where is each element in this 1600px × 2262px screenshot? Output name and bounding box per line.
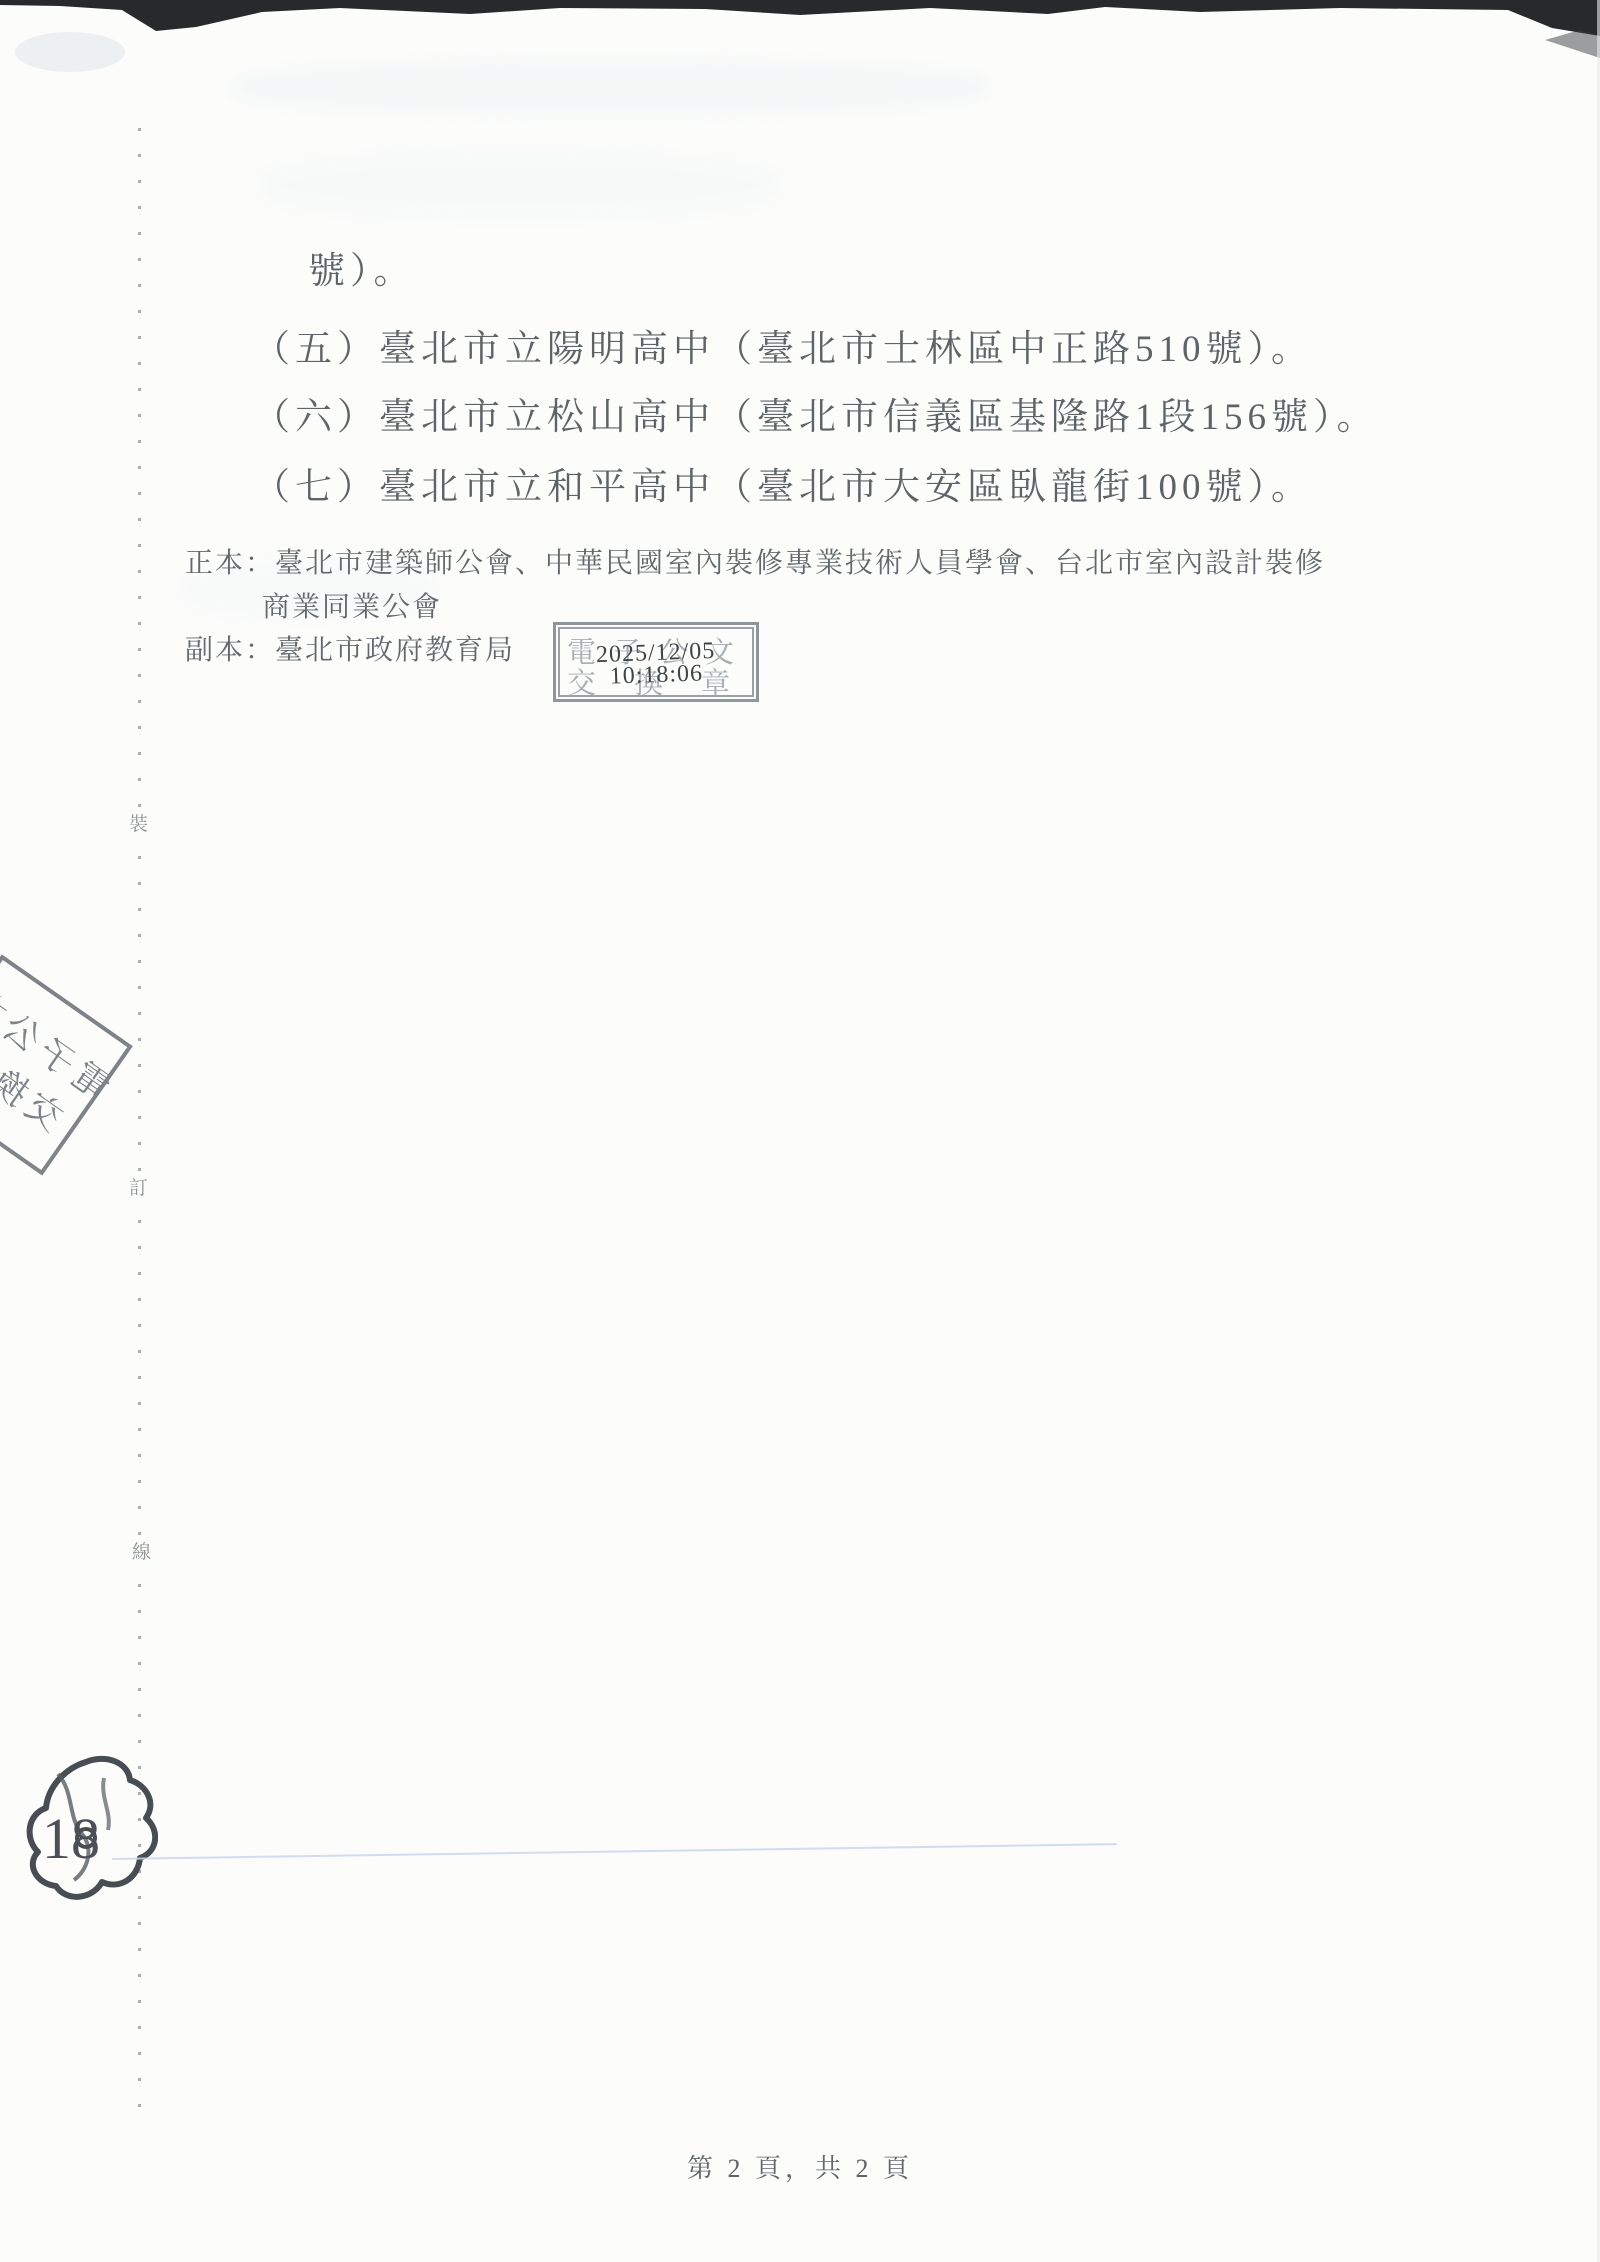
bleedthrough-smudge <box>230 60 990 115</box>
bleedthrough-smudge <box>260 150 780 220</box>
mirrored-exchange-stamp: 電子公文 交換章 <box>0 954 133 1175</box>
exchange-stamp-datetime: 2025/12/05 10:18:06 <box>559 638 752 691</box>
recipient-original-line1: 正本：臺北市建築師公會、中華民國室內裝修專業技術人員學會、台北市室內設計裝修 <box>185 541 1325 581</box>
binding-mark-zhuang: 裝 <box>129 812 148 837</box>
page-number-blob-stamp: 18 <box>8 1752 158 1912</box>
page-indicator: 第 2 頁，共 2 頁 <box>0 2148 1600 2185</box>
body-continuation-line: 號）。 <box>308 240 416 294</box>
electronic-exchange-stamp: 電子公文 交換章 2025/12/05 10:18:06 <box>553 622 759 702</box>
body-item-7: （七）臺北市立和平高中（臺北市大安區臥龍街100號）。 <box>253 456 1313 510</box>
binding-mark-ding: 訂 <box>129 1176 148 1201</box>
scanned-document-page: 裝 訂 線 電子公文 交換章 18 號）。 （五）臺北市立陽明高中（臺北市士林區… <box>0 0 1600 2262</box>
binding-mark-xian: 線 <box>132 1540 151 1565</box>
recipient-copy-line: 副本：臺北市政府教育局 <box>185 628 515 668</box>
page-number-blob-stamp-number: 18 <box>42 1806 100 1871</box>
electronic-exchange-stamp-inner-border: 電子公文 交換章 2025/12/05 10:18:06 <box>558 627 754 697</box>
body-item-6: （六）臺北市立松山高中（臺北市信義區基隆路1段156號）。 <box>253 386 1379 440</box>
body-item-5: （五）臺北市立陽明高中（臺北市士林區中正路510號）。 <box>253 318 1313 372</box>
recipient-original-line2: 商業同業公會 <box>262 585 442 625</box>
scan-artifact-scratch-line <box>112 1843 1117 1860</box>
